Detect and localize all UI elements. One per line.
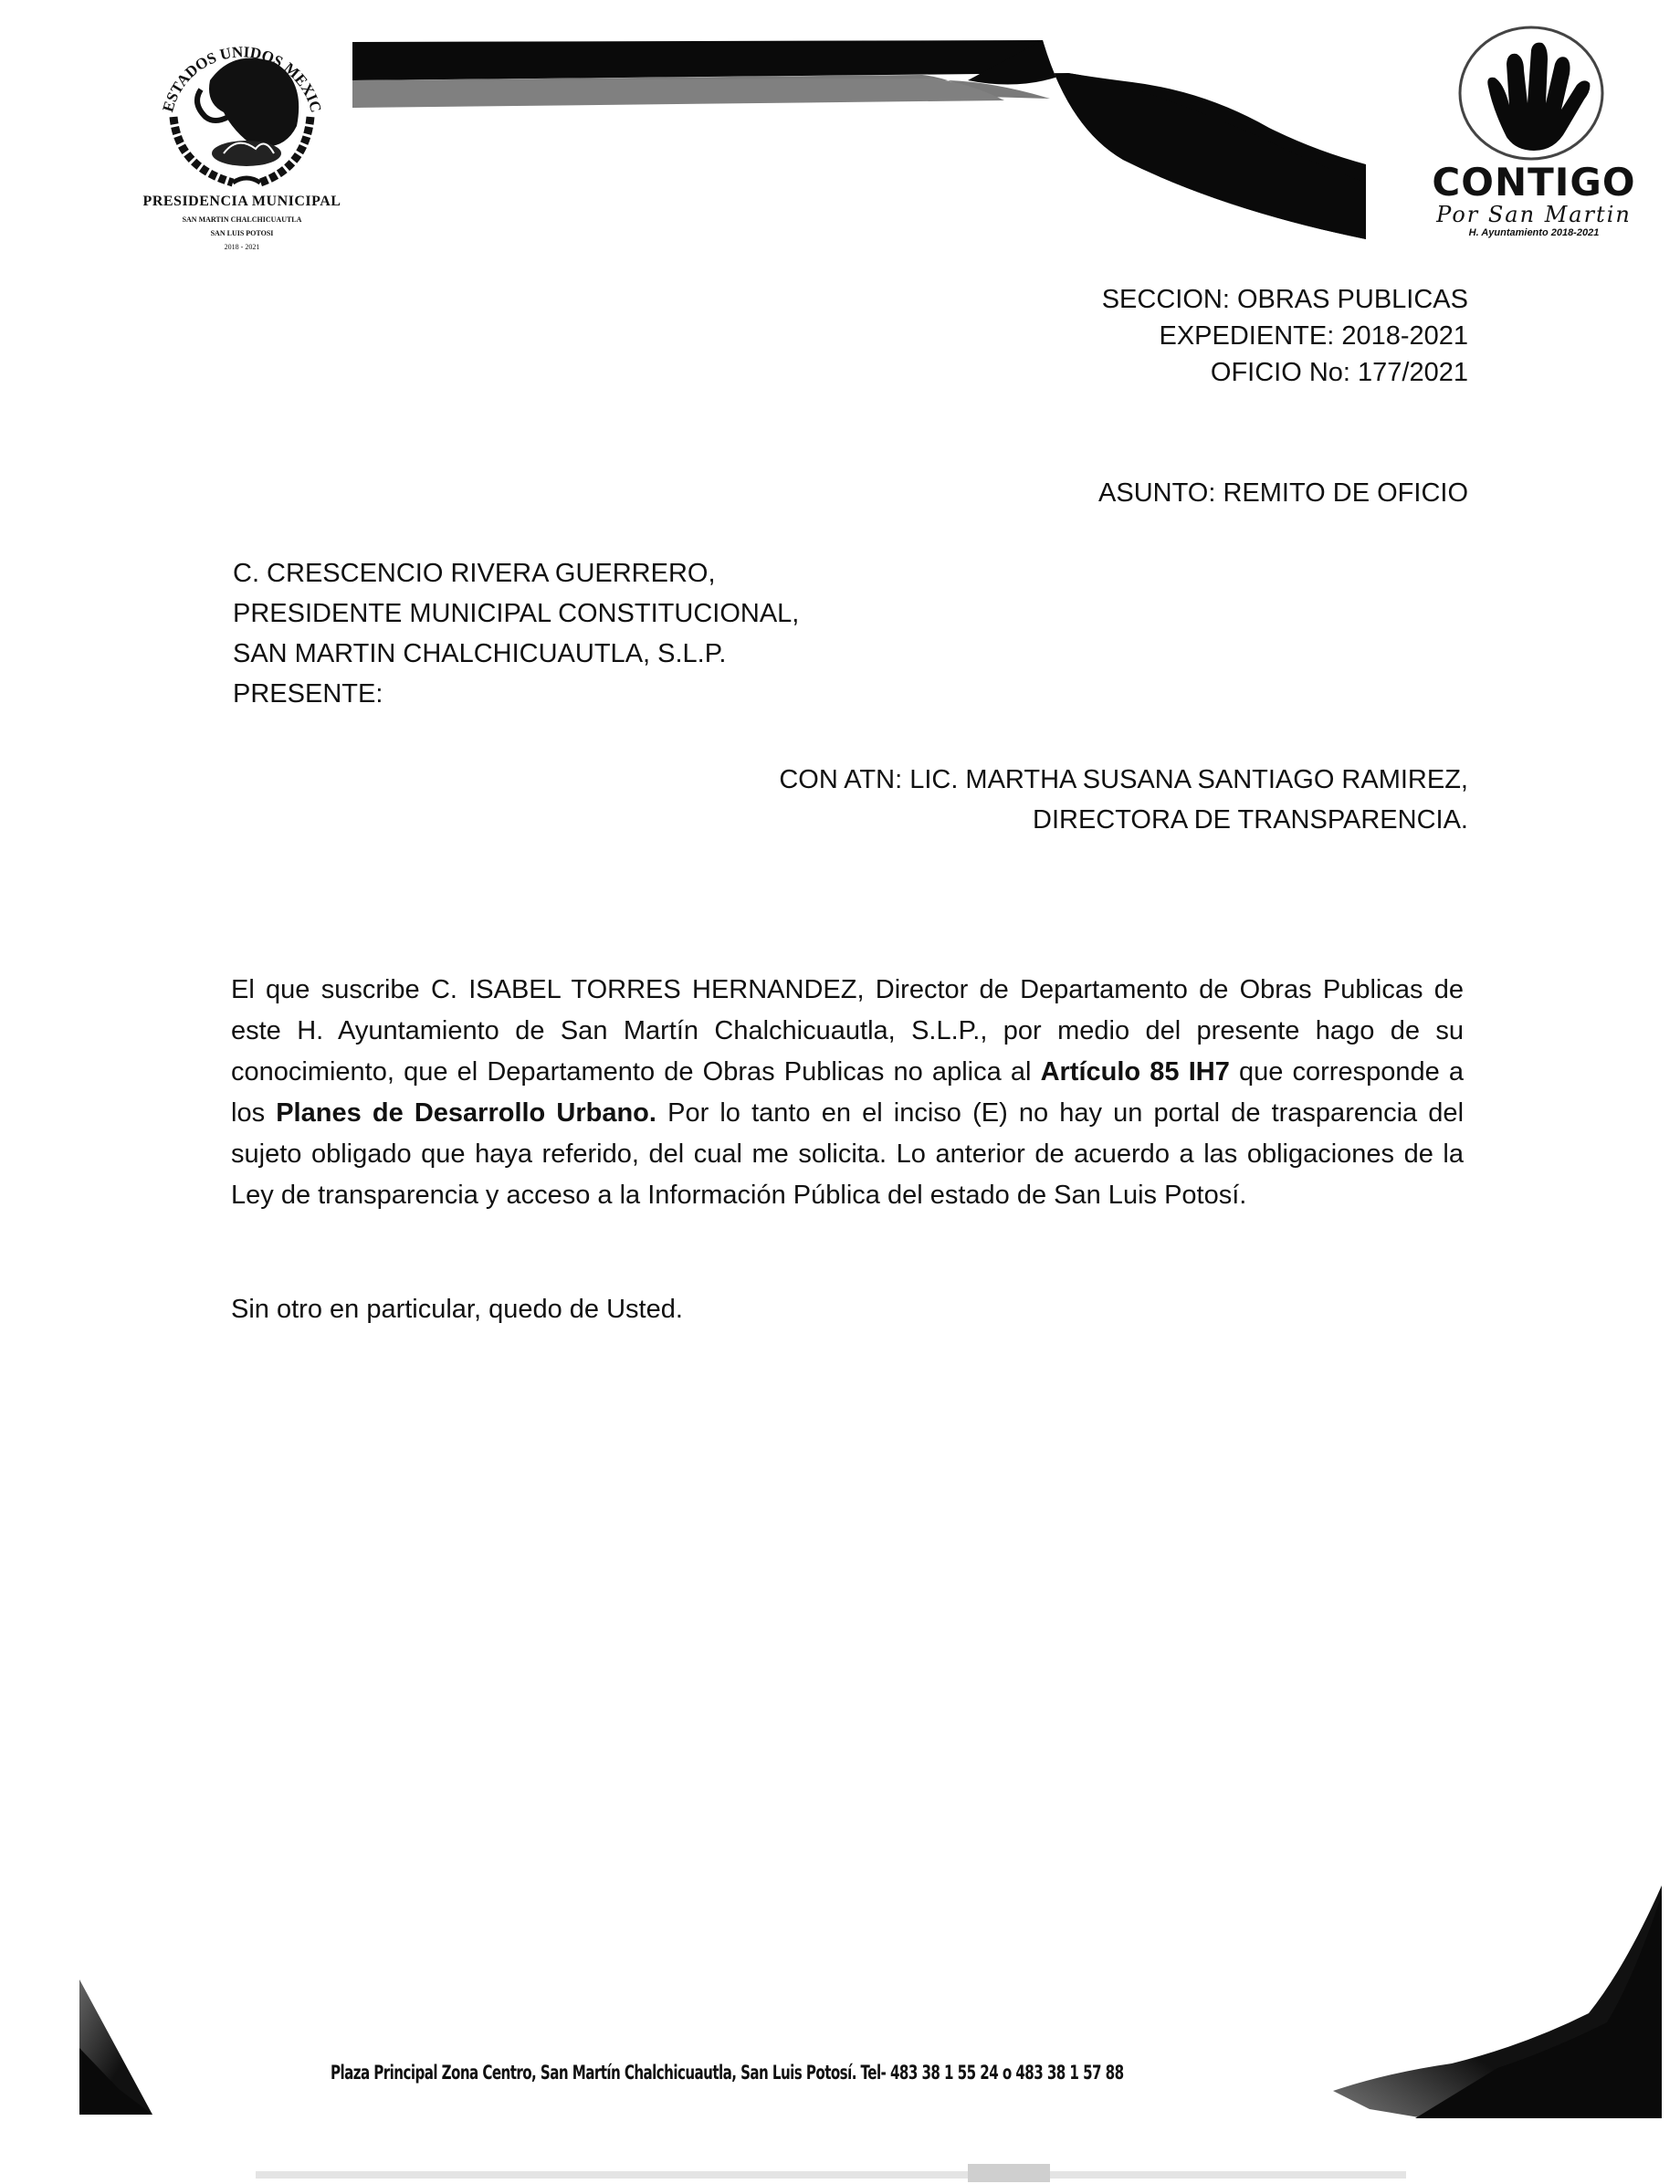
scan-smudge <box>0 2164 1680 2184</box>
addressee-block: C. CRESCENCIO RIVERA GUERRERO, PRESIDENT… <box>233 553 799 714</box>
salutation: PRESENTE: <box>233 674 799 714</box>
party-logo-text: CONTIGO Por San Martin H. Ayuntamiento 2… <box>1424 163 1643 239</box>
letter-body-paragraph: El que suscribe C. ISABEL TORRES HERNAND… <box>231 970 1464 1216</box>
coat-of-arms-seal-icon: ESTADOS UNIDOS MEXICANOS <box>146 16 338 199</box>
addressee-title: PRESIDENTE MUNICIPAL CONSTITUCIONAL, <box>233 593 799 634</box>
seal-caption: PRESIDENCIA MUNICIPAL SAN MARTIN CHALCHI… <box>119 194 365 251</box>
attention-title: DIRECTORA DE TRANSPARENCIA. <box>779 800 1468 840</box>
footer-left-wedge <box>78 1979 152 2116</box>
logo-subtitle: H. Ayuntamiento 2018-2021 <box>1424 226 1643 239</box>
attention-name: CON ATN: LIC. MARTHA SUSANA SANTIAGO RAM… <box>779 760 1468 800</box>
file-line: EXPEDIENTE: 2018-2021 <box>1102 318 1468 354</box>
footer-address: Plaza Principal Zona Centro, San Martín … <box>331 2062 1124 2084</box>
article-reference: Artículo 85 IH7 <box>1041 1057 1230 1087</box>
logo-brand: CONTIGO <box>1424 163 1643 203</box>
section-line: SECCION: OBRAS PUBLICAS <box>1102 281 1468 318</box>
reference-block: SECCION: OBRAS PUBLICAS EXPEDIENTE: 2018… <box>1102 281 1468 391</box>
plan-name: Planes de Desarrollo Urbano. <box>276 1098 656 1128</box>
footer-right-wedge <box>1315 1885 1666 2118</box>
municipality-name: SAN MARTIN CHALCHICUAUTLA <box>119 215 365 224</box>
closing-line: Sin otro en particular, quedo de Usted. <box>231 1295 683 1325</box>
header-swoosh-band <box>347 27 1406 247</box>
institution-name: PRESIDENCIA MUNICIPAL <box>119 194 365 210</box>
raised-hand-logo-icon <box>1456 23 1607 164</box>
attention-block: CON ATN: LIC. MARTHA SUSANA SANTIAGO RAM… <box>779 760 1468 840</box>
state-name: SAN LUIS POTOSI <box>119 229 365 237</box>
logo-tagline: Por San Martin <box>1424 203 1643 226</box>
addressee-location: SAN MARTIN CHALCHICUAUTLA, S.L.P. <box>233 634 799 674</box>
administration-period: 2018 - 2021 <box>119 243 365 251</box>
addressee-name: C. CRESCENCIO RIVERA GUERRERO, <box>233 553 799 593</box>
letter-number-line: OFICIO No: 177/2021 <box>1102 354 1468 391</box>
subject-line: ASUNTO: REMITO DE OFICIO <box>1098 475 1468 511</box>
